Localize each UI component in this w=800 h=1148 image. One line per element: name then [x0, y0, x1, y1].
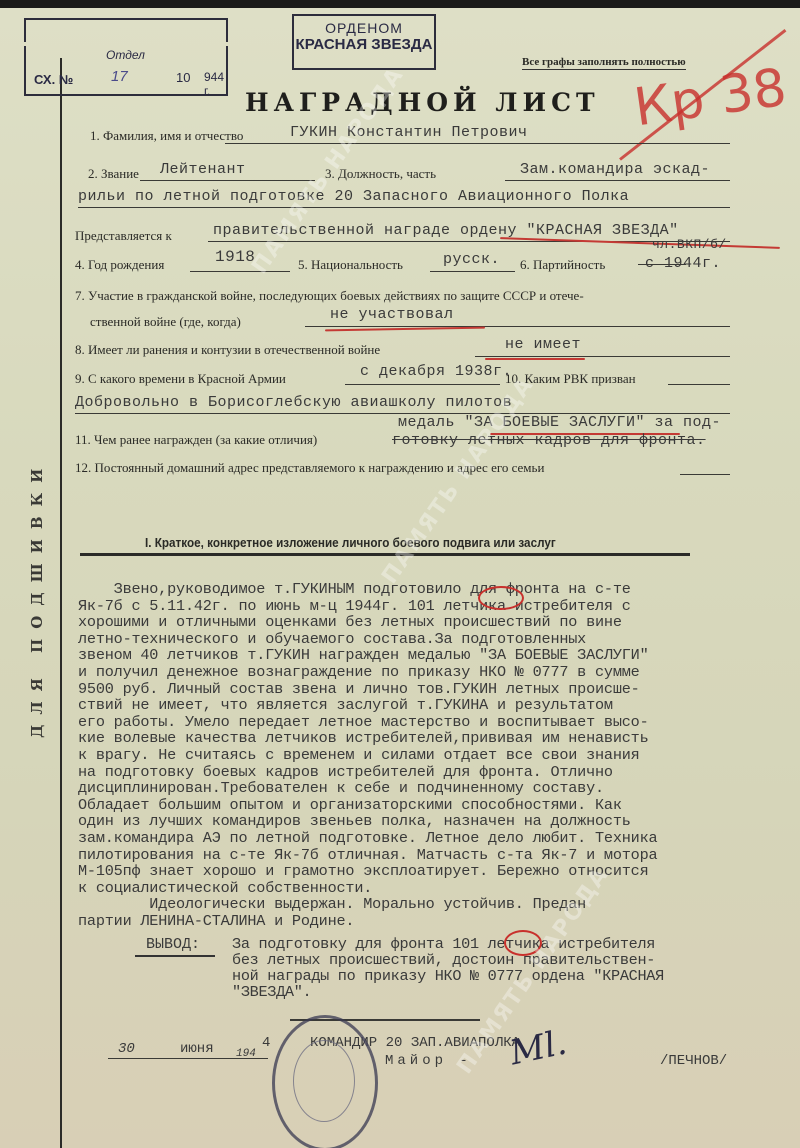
field-label: 2. Звание — [88, 166, 139, 181]
field-label: 5. Национальность — [298, 257, 403, 272]
field-war-participation: 7. Участие в гражданской войне, последую… — [75, 288, 584, 304]
scan-top-edge — [0, 0, 800, 8]
field-birth-year: 4. Год рождения — [75, 257, 164, 273]
seal-inner-ring — [293, 1040, 355, 1122]
handwritten-signature: Ml. — [506, 1023, 570, 1074]
field-war-participation-value: не участвовал — [330, 306, 454, 323]
official-seal — [272, 1015, 378, 1148]
field-home-address: 12. Постоянный домашний адрес представля… — [75, 460, 544, 476]
merit-description: Звено,руководимое т.ГУКИНЫМ подготовило … — [78, 581, 798, 929]
sign-day: 30 — [118, 1041, 135, 1057]
field-line — [475, 356, 730, 357]
field-party: 6. Партийность — [520, 257, 605, 273]
field-line — [140, 180, 315, 181]
field-line — [305, 326, 730, 327]
field-army-since-value: с декабря 1938г. — [360, 363, 512, 380]
binding-label: ДЛЯ ПОДШИВКИ — [28, 433, 58, 763]
commander-rank: Майор - — [385, 1053, 472, 1069]
field-full-name: 1. Фамилия, имя и отчество — [90, 128, 243, 144]
conclusion-underline — [135, 955, 215, 957]
order-stamp-line1: ОРДЕНОМ — [294, 20, 434, 36]
field-label: 12. Постоянный домашний адрес представля… — [75, 460, 544, 475]
field-label: 11. Чем ранее награжден (за какие отличи… — [75, 432, 317, 447]
stamp-prefix: СХ. № — [34, 72, 73, 87]
field-line — [78, 207, 730, 208]
red-circle-mark — [478, 586, 524, 610]
stamp-department: Отдел — [106, 48, 145, 62]
field-label: 9. С какого времени в Красной Армии — [75, 371, 286, 386]
field-label: 8. Имеет ли ранения и контузии в отечест… — [75, 342, 380, 357]
order-stamp-line2: КРАСНАЯ ЗВЕЗДА — [294, 36, 434, 53]
field-prior-awards-value: готовку летных кадров для фронта. — [392, 432, 706, 449]
field-nationality-value: русск. — [443, 251, 500, 268]
stamp-number: 17 — [111, 68, 128, 85]
field-line — [505, 180, 730, 181]
stamp-year: 944 г. — [204, 70, 226, 98]
field-war-participation-cont: ственной войне (где, когда) — [90, 314, 241, 330]
field-label: 4. Год рождения — [75, 257, 164, 272]
field-label: ственной войне (где, когда) — [90, 314, 241, 329]
field-strike-line — [638, 264, 686, 265]
red-pencil-underline — [485, 358, 585, 360]
field-line — [225, 143, 730, 144]
field-line — [668, 384, 730, 385]
field-line — [430, 271, 515, 272]
section-rule — [80, 553, 690, 556]
field-full-name-value: ГУКИН Константин Петрович — [290, 124, 528, 141]
field-wounds-value: не имеет — [505, 336, 581, 353]
field-wounds: 8. Имеет ли ранения и контузии в отечест… — [75, 342, 380, 358]
stamp-month: 10 — [176, 70, 190, 85]
sign-month: июня — [180, 1041, 214, 1057]
field-position: 3. Должность, часть — [325, 166, 436, 182]
field-line — [190, 271, 290, 272]
binding-margin-line — [60, 58, 62, 1148]
field-nationality: 5. Национальность — [298, 257, 403, 273]
field-label: 3. Должность, часть — [325, 166, 436, 181]
commander-name: /ПЕЧНОВ/ — [660, 1053, 727, 1069]
conclusion-label: ВЫВОД: — [146, 936, 200, 953]
field-nominated-value: правительственной награде ордену "КРАСНА… — [213, 222, 679, 239]
date-line — [108, 1058, 268, 1059]
field-line — [345, 384, 500, 385]
sign-year-suffix: 4 — [262, 1035, 270, 1051]
field-party-value-top: чл.ВКП/б/ — [652, 237, 727, 252]
field-rank: 2. Звание — [88, 166, 139, 182]
field-birth-year-value: 1918 — [215, 248, 255, 266]
order-stamp: ОРДЕНОМ КРАСНАЯ ЗВЕЗДА — [292, 14, 436, 70]
field-position-value-cont: рильи по летной подготовке 20 Запасного … — [78, 188, 629, 205]
registration-stamp-frame — [24, 18, 228, 42]
field-nominated: Представляется к — [75, 228, 172, 244]
field-prior-awards: 11. Чем ранее награжден (за какие отличи… — [75, 432, 317, 448]
field-prior-awards-value-top: медаль "ЗА БОЕВЫЕ ЗАСЛУГИ" за под- — [398, 414, 721, 431]
section-title: I. Краткое, конкретное изложение личного… — [145, 535, 556, 550]
field-rank-value: Лейтенант — [160, 161, 246, 178]
field-position-value: Зам.командира эскад- — [520, 161, 710, 178]
field-label: 7. Участие в гражданской войне, последую… — [75, 288, 584, 303]
fill-instruction: Все графы заполнять полностью — [522, 56, 686, 70]
field-label: Представляется к — [75, 228, 172, 243]
field-line — [680, 474, 730, 475]
field-label: 1. Фамилия, имя и отчество — [90, 128, 243, 143]
award-sheet: ДЛЯ ПОДШИВКИ Отдел СХ. № 17 10 944 г. ОР… — [0, 8, 800, 1148]
document-title: НАГРАДНОЙ ЛИСТ — [245, 88, 600, 117]
field-label: 6. Партийность — [520, 257, 605, 272]
field-army-since: 9. С какого времени в Красной Армии — [75, 371, 286, 387]
registration-stamp: Отдел СХ. № 17 10 944 г. — [24, 46, 228, 96]
red-pencil-underline — [325, 327, 485, 332]
field-label: 10. Каким РВК призван — [505, 371, 636, 386]
red-circle-mark — [504, 930, 542, 956]
field-draft-office: 10. Каким РВК призван — [505, 371, 636, 387]
field-draft-office-value: Добровольно в Борисоглебскую авиашколу п… — [75, 394, 512, 411]
